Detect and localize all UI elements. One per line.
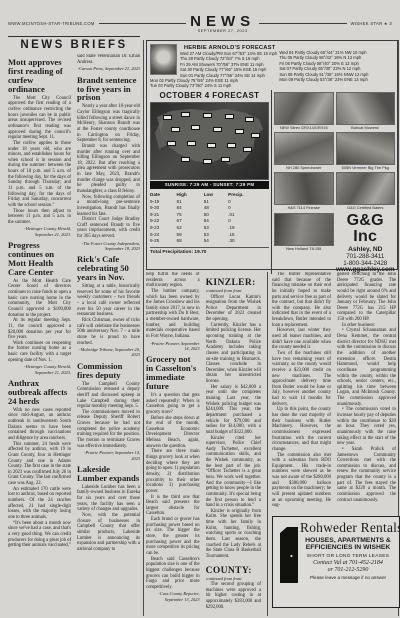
section-header: NEWS SEPTEMBER 27, 2023 bbox=[190, 14, 255, 34]
weather-row: 9-256854.30 bbox=[150, 237, 269, 244]
col-precip: Precip. bbox=[228, 191, 269, 198]
source-attribution: -Carson Press, September 21, 2023 bbox=[77, 66, 140, 71]
forecast-body: OCTOBER 4 FORECAST SUNRISE: bbox=[147, 90, 397, 274]
equipment-photo bbox=[336, 172, 396, 205]
article-paragraph: However, last winter they used all loane… bbox=[272, 328, 331, 351]
rohweder-rentals-ad: Rohweder Rentals HOUSES, APARTMENTS & EF… bbox=[272, 516, 400, 608]
weather-row: 9-2267540 bbox=[150, 218, 269, 225]
article-paragraph: Lakeside Lumber has been a family-owned … bbox=[77, 485, 140, 513]
section-title: NEWS bbox=[190, 14, 255, 29]
weather-cell: 53 bbox=[204, 231, 228, 238]
article-paragraph: Beach said Casselton's population size i… bbox=[146, 557, 200, 591]
col-date: Date bbox=[150, 191, 177, 198]
weather-cell: 9-23 bbox=[150, 224, 177, 231]
article-paragraph: Officer Lucas Kamm's resignation from th… bbox=[206, 295, 261, 323]
article-paragraph: It's a question that gets asked repeated… bbox=[146, 393, 200, 416]
rohweder-services: HOUSES, APARTMENTS & EFFICIENCIES IN WIS… bbox=[300, 537, 396, 553]
photo-caption: G&G Certified Balers bbox=[336, 205, 396, 210]
article-headline: Brandt sentence to five years in prison bbox=[77, 76, 140, 103]
forecast-week2: Wed 04 Partly Cloudy 65°/44° 21% NW 10 m… bbox=[279, 43, 394, 89]
news-briefs-title: NEWS BRIEFS bbox=[8, 36, 140, 51]
article-paragraph: Currently, Kinzler has a limited policin… bbox=[206, 323, 261, 385]
forecast-line: Mon 09 Partly Cloudy 53°/38° 23% ENE 13 … bbox=[279, 77, 394, 82]
article-paragraph: help fulfill the needs of residents acro… bbox=[146, 272, 200, 289]
article-headline: Mott approves first reading of curfew or… bbox=[8, 58, 71, 94]
rohweder-note: Please leave a message if no answer bbox=[300, 575, 396, 580]
source-attribution: -Prairie Pioneer, September 14, 2023 bbox=[146, 341, 200, 352]
equipment-photo-cell: New Holland T8.155 bbox=[274, 213, 334, 274]
weather-cell: 9-24 bbox=[150, 231, 177, 238]
article-paragraph: Each brand or grocer has purchasing powe… bbox=[146, 517, 200, 556]
article-headline: Lakeside Lumber expands bbox=[77, 465, 140, 483]
weather-cell: 0 bbox=[228, 198, 269, 205]
weather-cell: .01 bbox=[228, 211, 269, 218]
weather-cell: 48 bbox=[204, 204, 228, 211]
forecast-line: Tue 03 Partly Cloudy 73°/50° 24% S 11 mp… bbox=[150, 83, 279, 88]
masthead: WWW.MCINTOSH-STAR-TRIBUNE.COM NEWS SEPTE… bbox=[8, 14, 392, 34]
continued-note: continued from front bbox=[206, 288, 261, 293]
article-headline: Grocery not in Casselton's immediate fut… bbox=[146, 355, 200, 391]
article-paragraph: This summer, 24 herds were affected by a… bbox=[8, 442, 71, 487]
article-paragraph: Before she steps down at the end of the … bbox=[146, 416, 200, 450]
equipment-photo bbox=[336, 92, 396, 125]
article-paragraph: Work continues on reopening the former n… bbox=[8, 341, 71, 364]
article-paragraph: Two of the machines still have two remai… bbox=[272, 351, 331, 407]
sunrise-sunset-bar: SUNRISE: 7:29 AM - SUNSET: 7:29 PM bbox=[150, 181, 269, 189]
source-attribution: -Hettinger County Herald, September 21, … bbox=[8, 364, 71, 375]
article-headline: Anthrax outbreak affects 24 herds bbox=[8, 379, 71, 406]
weather-cell: 9-21 bbox=[150, 211, 177, 218]
weather-cell: 68 bbox=[177, 237, 204, 244]
weather-cell: 53 bbox=[204, 224, 228, 231]
weather-cell: 0 bbox=[228, 204, 269, 211]
photo-caption: 605N Vermeer Big Tire Pkg bbox=[336, 165, 396, 170]
article-columns: help fulfill the needs of residents acro… bbox=[146, 272, 396, 616]
herbie-arnold-photo bbox=[150, 44, 177, 75]
weather-row: 9-245953.15 bbox=[150, 231, 269, 238]
october-forecast-title: OCTOBER 4 FORECAST bbox=[150, 91, 269, 100]
weather-cell: 59 bbox=[177, 231, 204, 238]
weather-row: 9-217550.01 bbox=[150, 211, 269, 218]
article-paragraph: Brandt was charged with murder after run… bbox=[77, 144, 140, 195]
weather-cell: .30 bbox=[228, 237, 269, 244]
weather-cell: 51 bbox=[204, 198, 228, 205]
equipment-photo bbox=[274, 132, 334, 165]
county-columns: The Butler representative said that beca… bbox=[272, 272, 396, 512]
weather-row: 9-2084480 bbox=[150, 204, 269, 211]
us-weather-map bbox=[150, 102, 269, 180]
article-paragraph: It is the third one that Beach said pres… bbox=[146, 495, 200, 518]
article-paragraph: The lumber company, which has been owned… bbox=[146, 289, 200, 340]
article-column-c: The Butler representative said that beca… bbox=[272, 272, 331, 512]
equipment-photo-cell: G&G Certified Balers bbox=[336, 172, 396, 210]
article-headline: Rick's Cafe celebrating 50 years in Nov. bbox=[77, 255, 140, 282]
equipment-photo bbox=[274, 172, 334, 205]
equipment-photo-cell: H&S 7114 Finirake bbox=[274, 172, 334, 210]
article-paragraph: Those hours then adjust to between 11 p.… bbox=[8, 209, 71, 226]
article-paragraph: The curfew applies to those under 18 yea… bbox=[8, 141, 71, 209]
news-briefs-columns: Mott approves first reading of curfew or… bbox=[8, 54, 140, 618]
equipment-photo-cell: NEW Sitrex GRX14/GRX16 bbox=[274, 92, 334, 130]
article-headline: Progress continues on Mott Health Care C… bbox=[8, 241, 71, 277]
forecast-week1: HERBIE ARNOLD'S FORECAST Wed 27 AM Cloud… bbox=[150, 43, 279, 89]
source-attribution: -Prairie Pioneer, September 14, 2023 bbox=[77, 450, 140, 461]
weather-cell: .15 bbox=[228, 231, 269, 238]
article-paragraph: The second grouping of machines were app… bbox=[206, 582, 261, 610]
article-paragraph: Rick Chrisman, owner of ricks café will … bbox=[77, 318, 140, 346]
edition-page-number: WISHEK STAR ★ 3 bbox=[351, 21, 392, 26]
photo-caption: H&S 7114 Finirake bbox=[274, 205, 334, 210]
article-paragraph: The commissioners moved to release Deput… bbox=[77, 410, 140, 449]
col-high: High bbox=[177, 191, 204, 198]
article-paragraph: With no new cases reported since mid-Aug… bbox=[8, 408, 71, 442]
herbie-forecast: HERBIE ARNOLD'S FORECAST Wed 27 AM Cloud… bbox=[147, 41, 397, 90]
gg-inc-ad: NEW Sitrex GRX14/GRX16 Bobcat Mowers! NH… bbox=[271, 90, 397, 274]
issue-date: SEPTEMBER 27, 2023 bbox=[190, 30, 255, 34]
article-paragraph: District Court Judge Bradley Cruff sente… bbox=[77, 217, 140, 240]
article-paragraph: The Campbell County Commission released … bbox=[77, 382, 140, 410]
article-paragraph: The Butler representative said that beca… bbox=[272, 272, 331, 328]
article-paragraph: said State Veterinarian Dr. Ethan Andres… bbox=[77, 54, 140, 65]
weather-cell: 67 bbox=[177, 218, 204, 225]
site-url: WWW.MCINTOSH-STAR-TRIBUNE.COM bbox=[8, 21, 95, 26]
weather-row: 9-1981510 bbox=[150, 198, 269, 205]
rohweder-ad-text: Rohweder Rentals HOUSES, APARTMENTS & EF… bbox=[300, 520, 396, 581]
briefs-column-1: Mott approves first reading of curfew or… bbox=[8, 54, 71, 618]
article-paragraph: Kinzler is originally from Kulm. She spe… bbox=[206, 509, 261, 560]
article-paragraph: Sitting at a table, historically reserve… bbox=[77, 284, 140, 318]
article-paragraph: Now, following completion of a month-lon… bbox=[77, 195, 140, 218]
article-paragraph: An estimated 170 cattle were lost to ant… bbox=[8, 487, 71, 521]
forecast-box: HERBIE ARNOLD'S FORECAST Wed 27 AM Cloud… bbox=[146, 40, 398, 270]
article-paragraph: Nearly a year after 18-year-old Caylor E… bbox=[77, 104, 140, 143]
rohweder-leases: SHORT OR LONG TERM LEASES bbox=[300, 554, 396, 560]
masthead-rule-left bbox=[99, 23, 186, 24]
column-rule-left bbox=[143, 40, 144, 616]
person-at-door-icon bbox=[277, 525, 299, 585]
weather-cell: 62 bbox=[177, 224, 204, 231]
weather-row: 9-236253.19 bbox=[150, 224, 269, 231]
article-column-d: gested switching to the John Deere 772G … bbox=[337, 272, 396, 512]
article-paragraph: • The commission voted to increase hourl… bbox=[337, 407, 396, 446]
briefs-column-2: said State Veterinarian Dr. Ethan Andres… bbox=[77, 54, 140, 618]
article-paragraph: Now, with the potential closure of busin… bbox=[77, 513, 140, 552]
equipment-photo-cell: 605N Vermeer Big Tire Pkg bbox=[336, 132, 396, 170]
article-paragraph: gested switching to the John Deere 772G … bbox=[337, 272, 396, 323]
forecast-lines-right: Wed 04 Partly Cloudy 65°/44° 21% NW 10 m… bbox=[279, 50, 394, 82]
weather-table-body: 9-19815109-20844809-217550.019-22675409-… bbox=[150, 198, 269, 244]
article-paragraph: “It's been about a month now since we've… bbox=[8, 521, 71, 549]
col-low: Low bbox=[204, 191, 228, 198]
jump-headline: KINZLER: bbox=[206, 278, 261, 288]
article-paragraph: • Sarah Pralick of Jamestown Community C… bbox=[337, 447, 396, 503]
rohweder-name: Rohweder Rentals bbox=[300, 520, 396, 536]
article-paragraph: The commission also met with a salesman … bbox=[272, 453, 331, 509]
article-paragraph: The Mott City Council approved the first… bbox=[8, 96, 71, 141]
continued-note: continued from front bbox=[206, 576, 261, 581]
weather-cell: 0 bbox=[228, 218, 269, 225]
weather-cell: 50 bbox=[204, 211, 228, 218]
county-continuation-wrap: The Butler representative said that beca… bbox=[267, 272, 396, 616]
jump-headline: COUNTY: bbox=[206, 566, 261, 576]
article-column-b: KINZLER:continued from frontOfficer Luca… bbox=[206, 272, 261, 616]
weather-cell: 54 bbox=[204, 237, 228, 244]
photo-caption: Bobcat Mowers! bbox=[336, 125, 396, 130]
article-headline: Commission fires deputy bbox=[77, 362, 140, 380]
weather-cell: .19 bbox=[228, 224, 269, 231]
photo-caption: NEW Sitrex GRX14/GRX16 bbox=[274, 125, 334, 130]
article-paragraph: Up to this point, the county has done th… bbox=[272, 407, 331, 452]
gg-photo-grid: NEW Sitrex GRX14/GRX16 Bobcat Mowers! NH… bbox=[274, 92, 395, 274]
source-attribution: -Mobridge Tribune, September 20, 2023 bbox=[77, 347, 140, 358]
weather-cell: 84 bbox=[177, 204, 204, 211]
equipment-photo bbox=[274, 92, 334, 125]
article-paragraph: As the Mott Health Care Center board of … bbox=[8, 279, 71, 318]
weather-cell: 9-20 bbox=[150, 204, 177, 211]
article-paragraph: Kinzler cited her supervisor, Police Chi… bbox=[206, 436, 261, 509]
october-forecast: OCTOBER 4 FORECAST SUNRISE: bbox=[147, 90, 271, 274]
weather-cell: 9-19 bbox=[150, 198, 177, 205]
advertiser-name: G&G Inc bbox=[336, 213, 396, 247]
source-attribution: -Hettinger County Herald, September 21, … bbox=[8, 226, 71, 237]
article-paragraph: There are three main things grocery look… bbox=[146, 449, 200, 494]
weather-table: Date High Low Precip. 9-19815109-2084480… bbox=[150, 191, 269, 244]
equipment-photo bbox=[274, 213, 334, 246]
weather-cell: 9-22 bbox=[150, 218, 177, 225]
rohweder-contact-alt: or 701-212-5290 bbox=[300, 567, 396, 574]
weather-cell: 54 bbox=[204, 218, 228, 225]
newspaper-page: WWW.MCINTOSH-STAR-TRIBUNE.COM NEWS SEPTE… bbox=[0, 0, 400, 618]
weather-cell: 9-25 bbox=[150, 237, 177, 244]
total-precipitation: Total Precipitation: 19.70 bbox=[150, 247, 269, 255]
article-paragraph: At its regular meeting Sept. 11, the cou… bbox=[8, 318, 71, 341]
equipment-photo bbox=[336, 132, 396, 165]
weather-table-header: Date High Low Precip. bbox=[150, 191, 269, 198]
article-column-a: help fulfill the needs of residents acro… bbox=[146, 272, 200, 616]
masthead-rule-right bbox=[259, 23, 346, 24]
rohweder-contact: Contact Val at 701-452-2184 bbox=[300, 560, 396, 567]
equipment-photo-cell: NH 280 Speedrower bbox=[274, 132, 334, 170]
source-attribution: -Cass County Reporter, September 13, 202… bbox=[146, 591, 200, 602]
weather-cell: 75 bbox=[177, 211, 204, 218]
article-paragraph: Her salary is $42,000 a year until she c… bbox=[206, 385, 261, 436]
equipment-photo-cell: Bobcat Mowers! bbox=[336, 92, 396, 130]
weather-cell: 81 bbox=[177, 198, 204, 205]
photo-caption: NH 280 Speedrower bbox=[274, 165, 334, 170]
photo-caption: New Holland T8.155 bbox=[274, 246, 334, 251]
article-paragraph: • Crystal Schaunaman and Dena Kemmet, th… bbox=[337, 328, 396, 407]
source-attribution: -The Foster County Independent, Septembe… bbox=[77, 241, 140, 252]
news-briefs-section: NEWS BRIEFS Mott approves first reading … bbox=[8, 36, 140, 618]
gg-logo-block: G&G Inc Ashley, ND 701-288-3411 1-800-34… bbox=[336, 213, 396, 274]
